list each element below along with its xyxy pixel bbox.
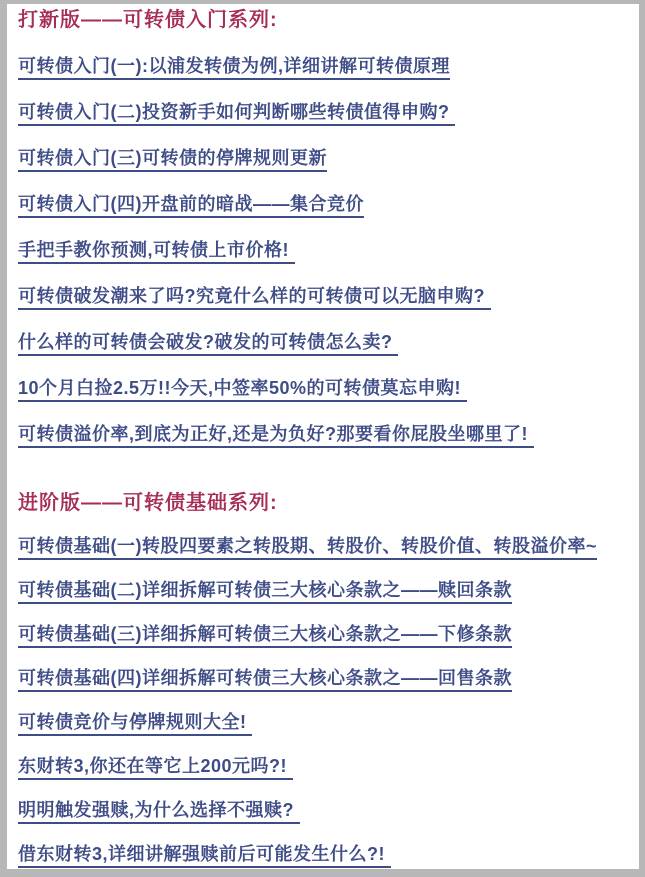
link-row: 东财转3,你还在等它上200元吗?! [18, 757, 631, 780]
link-row: 10个月白捡2.5万!!今天,中签率50%的可转债莫忘申购! [18, 379, 631, 402]
link-row: 可转债竞价与停牌规则大全! [18, 713, 631, 736]
article-link-intro-1[interactable]: 可转债入门(一):以浦发转债为例,详细讲解可转债原理 [18, 57, 450, 80]
link-row: 可转债入门(一):以浦发转债为例,详细讲解可转债原理 [18, 57, 631, 80]
article-link-intro-3[interactable]: 可转债入门(三)可转债的停牌规则更新 [18, 149, 327, 172]
link-row: 可转债破发潮来了吗?究竟什么样的可转债可以无脑申购? [18, 287, 631, 310]
link-row: 可转债入门(二)投资新手如何判断哪些转债值得申购? [18, 103, 631, 126]
link-row: 可转债基础(四)详细拆解可转债三大核心条款之——回售条款 [18, 669, 631, 692]
article-link-basics-2[interactable]: 可转债基础(二)详细拆解可转债三大核心条款之——赎回条款 [18, 581, 512, 604]
link-row: 手把手教你预测,可转债上市价格! [18, 241, 631, 264]
article-link-predict-price[interactable]: 手把手教你预测,可转债上市价格! [18, 241, 295, 264]
article-link-basics-1[interactable]: 可转债基础(一)转股四要素之转股期、转股价、转股价值、转股溢价率~ [18, 537, 597, 560]
article-link-forced-redemption[interactable]: 明明触发强赎,为什么选择不强赎? [18, 801, 300, 824]
article-link-auction-rules[interactable]: 可转债竞价与停牌规则大全! [18, 713, 252, 736]
link-row: 可转债溢价率,到底为正好,还是为负好?那要看你屁股坐哪里了! [18, 425, 631, 448]
link-row: 可转债基础(二)详细拆解可转债三大核心条款之——赎回条款 [18, 581, 631, 604]
link-row: 可转债入门(四)开盘前的暗战——集合竞价 [18, 195, 631, 218]
link-row: 可转债基础(一)转股四要素之转股期、转股价、转股价值、转股溢价率~ [18, 537, 631, 560]
article-link-premium-rate[interactable]: 可转债溢价率,到底为正好,还是为负好?那要看你屁股坐哪里了! [18, 425, 534, 448]
page: 打新版——可转债入门系列: 可转债入门(一):以浦发转债为例,详细讲解可转债原理… [7, 4, 639, 869]
article-link-dongcai-redemption[interactable]: 借东财转3,详细讲解强赎前后可能发生什么?! [18, 845, 391, 868]
article-link-which-break-issue[interactable]: 什么样的可转债会破发?破发的可转债怎么卖? [18, 333, 398, 356]
link-row: 什么样的可转债会破发?破发的可转债怎么卖? [18, 333, 631, 356]
article-link-intro-2[interactable]: 可转债入门(二)投资新手如何判断哪些转债值得申购? [18, 103, 455, 126]
article-link-dongcai-200[interactable]: 东财转3,你还在等它上200元吗?! [18, 757, 293, 780]
section-heading-beginner: 打新版——可转债入门系列: [18, 10, 631, 31]
article-link-basics-3[interactable]: 可转债基础(三)详细拆解可转债三大核心条款之——下修条款 [18, 625, 512, 648]
section-beginner-series: 打新版——可转债入门系列: 可转债入门(一):以浦发转债为例,详细讲解可转债原理… [18, 10, 631, 448]
link-row: 可转债基础(三)详细拆解可转债三大核心条款之——下修条款 [18, 625, 631, 648]
article-link-lottery-rate[interactable]: 10个月白捡2.5万!!今天,中签率50%的可转债莫忘申购! [18, 379, 467, 402]
link-row: 借东财转3,详细讲解强赎前后可能发生什么?! [18, 845, 631, 868]
link-row: 明明触发强赎,为什么选择不强赎? [18, 801, 631, 824]
link-row: 可转债入门(三)可转债的停牌规则更新 [18, 149, 631, 172]
article-link-basics-4[interactable]: 可转债基础(四)详细拆解可转债三大核心条款之——回售条款 [18, 669, 512, 692]
section-advanced-series: 进阶版——可转债基础系列: 可转债基础(一)转股四要素之转股期、转股价、转股价值… [18, 493, 631, 868]
section-heading-advanced: 进阶版——可转债基础系列: [18, 493, 631, 514]
article-link-break-issue-wave[interactable]: 可转债破发潮来了吗?究竟什么样的可转债可以无脑申购? [18, 287, 491, 310]
article-link-intro-4[interactable]: 可转债入门(四)开盘前的暗战——集合竞价 [18, 195, 364, 218]
